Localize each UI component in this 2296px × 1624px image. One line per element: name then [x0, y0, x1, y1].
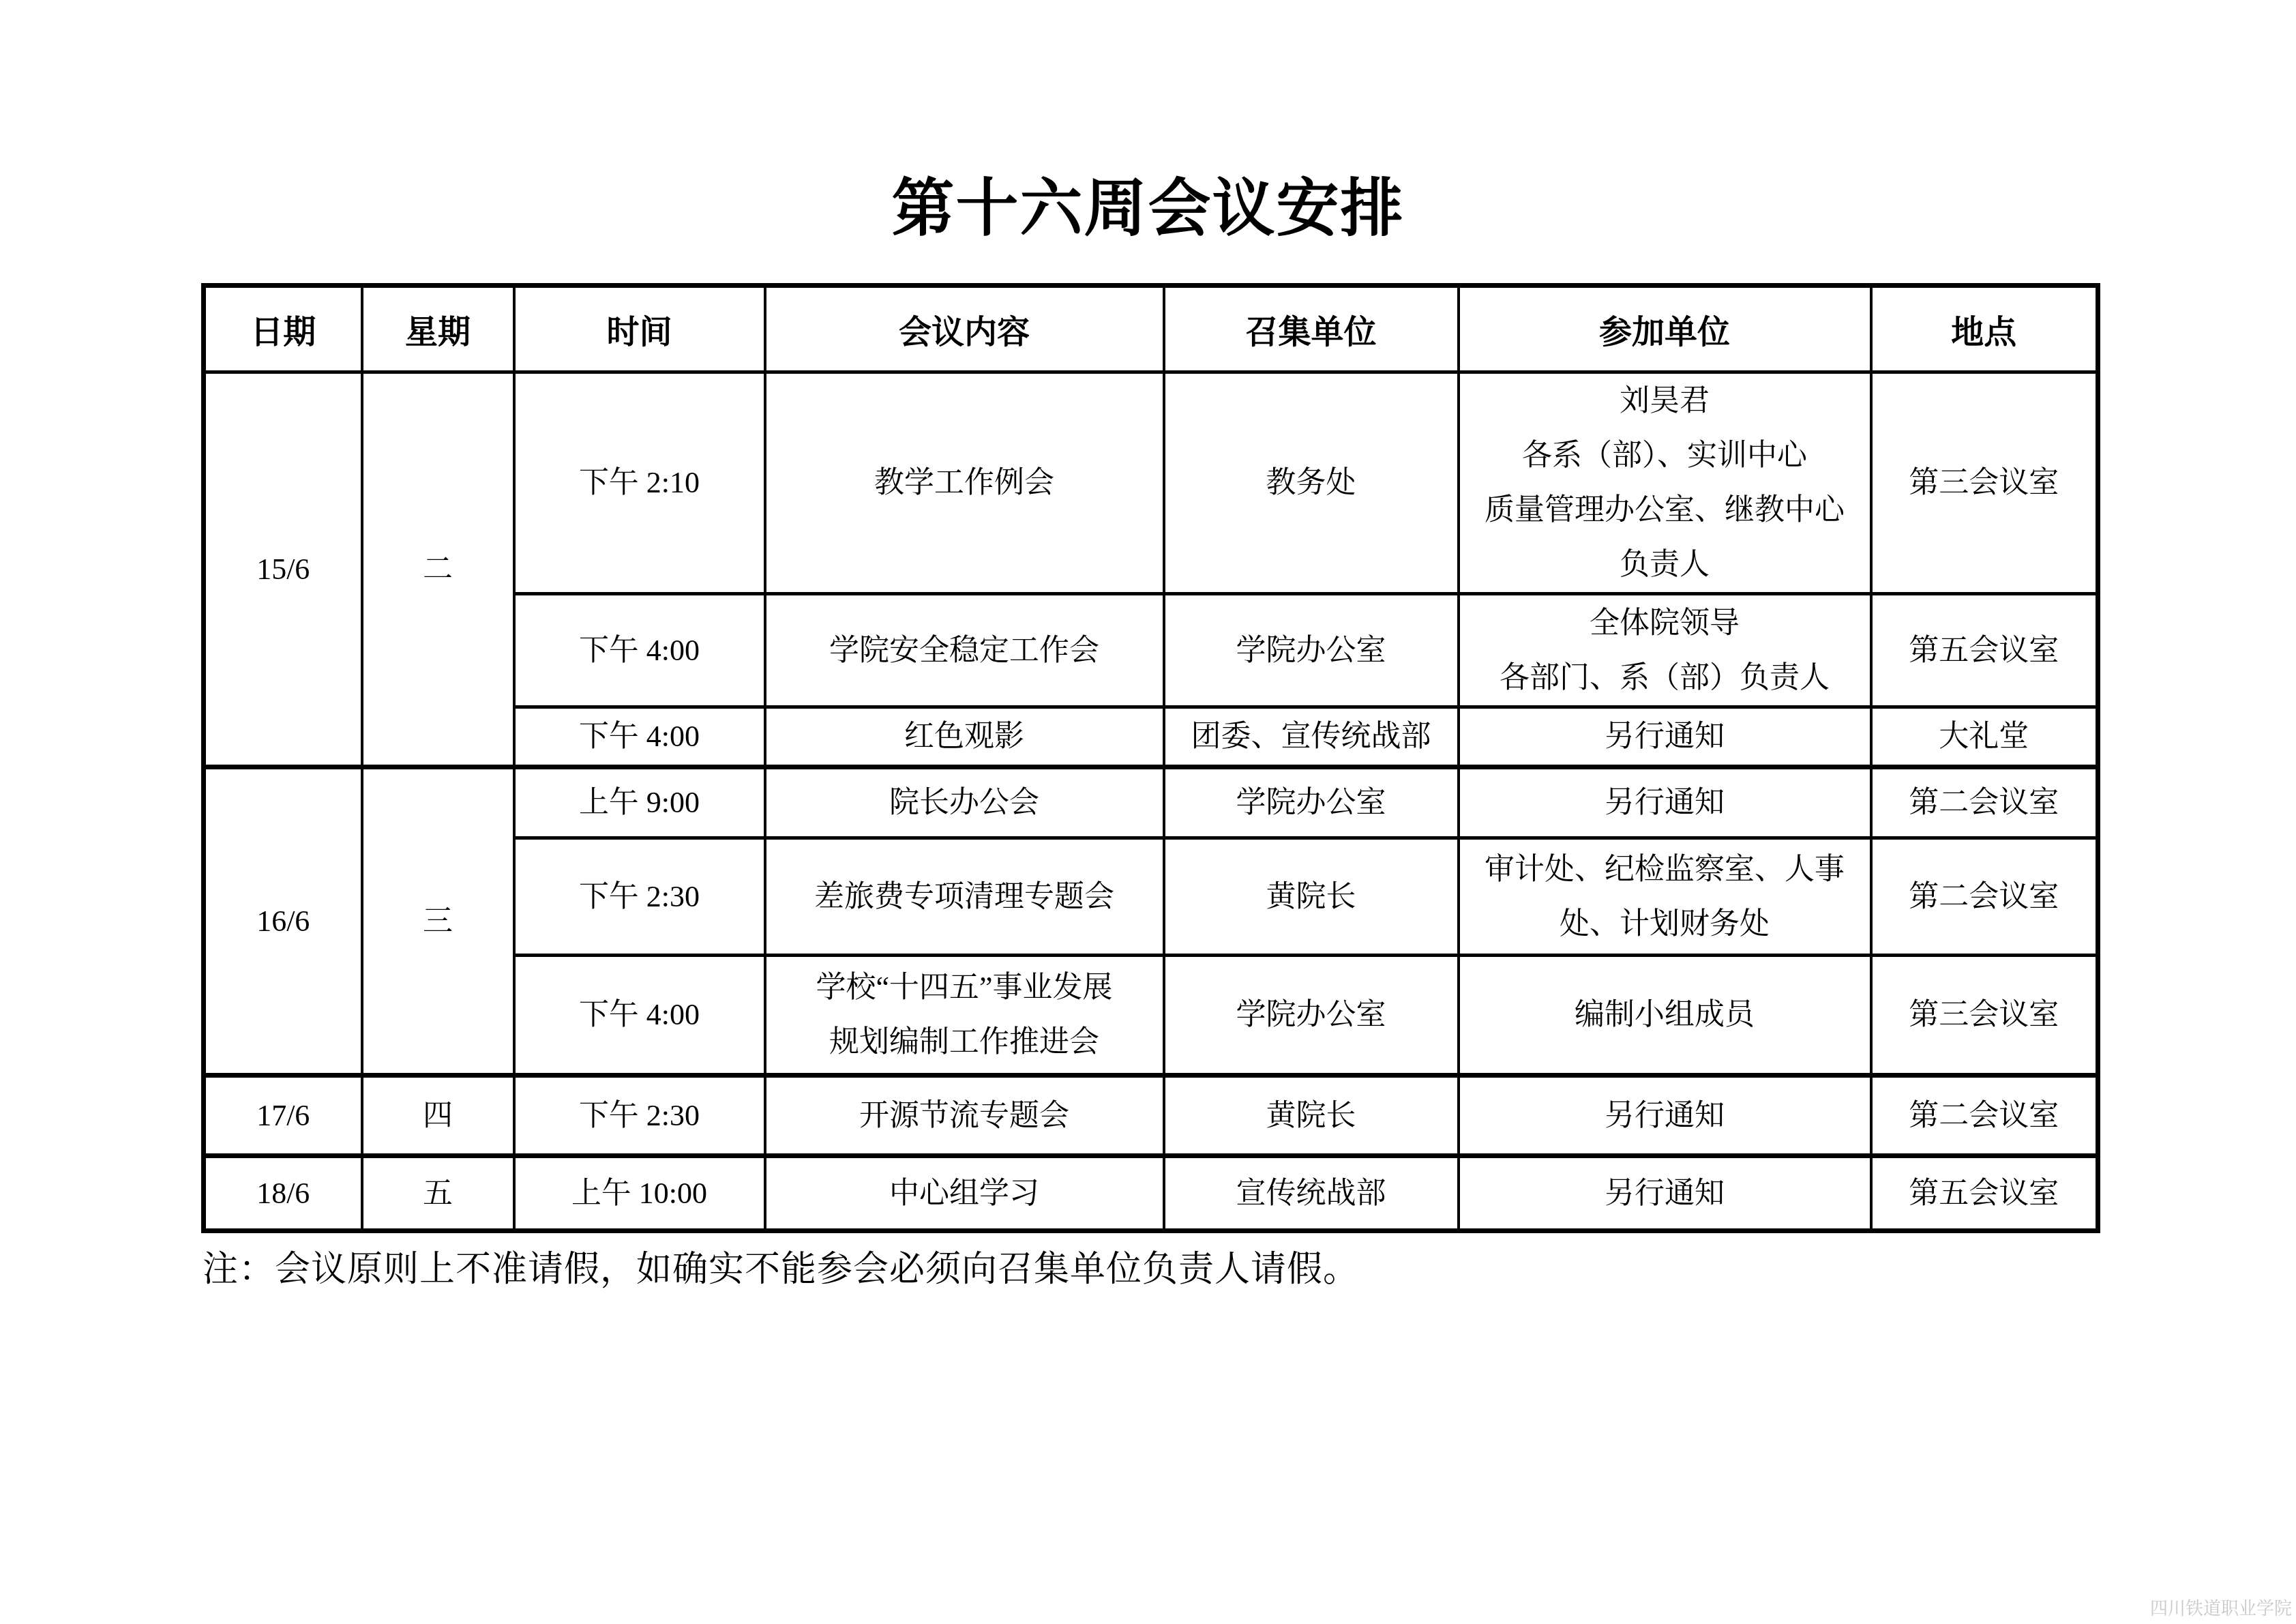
- document-page: 第十六周会议安排 日期 星期 时间 会议内容 召集单位 参加单位 地点 15/6…: [0, 0, 2296, 1624]
- time-cell: 下午 4:00: [514, 956, 765, 1076]
- meeting-content-cell: 教学工作例会: [765, 372, 1164, 594]
- meeting-content-cell: 差旅费专项清理专题会: [765, 838, 1164, 956]
- convener-cell: 黄院长: [1164, 1076, 1459, 1156]
- location-cell: 第三会议室: [1871, 372, 2098, 594]
- convener-cell: 学院办公室: [1164, 594, 1459, 707]
- participants-cell: 另行通知: [1459, 767, 1871, 838]
- location-cell: 大礼堂: [1871, 707, 2098, 767]
- date-cell: 18/6: [204, 1156, 362, 1231]
- meeting-content-cell: 院长办公会: [765, 767, 1164, 838]
- table-row: 17/6 四 下午 2:30 开源节流专题会 黄院长 另行通知 第二会议室: [204, 1076, 2098, 1156]
- date-cell: 15/6: [204, 372, 362, 767]
- header-date: 日期: [204, 286, 362, 372]
- meeting-content-cell: 中心组学习: [765, 1156, 1164, 1231]
- time-cell: 下午 2:30: [514, 1076, 765, 1156]
- weekday-cell: 四: [362, 1076, 514, 1156]
- participants-cell: 另行通知: [1459, 1156, 1871, 1231]
- meeting-content-cell: 学校“十四五”事业发展 规划编制工作推进会: [765, 956, 1164, 1076]
- meeting-schedule-table: 日期 星期 时间 会议内容 召集单位 参加单位 地点 15/6 二 下午 2:1…: [201, 283, 2100, 1233]
- weekday-cell: 二: [362, 372, 514, 767]
- convener-cell: 团委、宣传统战部: [1164, 707, 1459, 767]
- table-row: 15/6 二 下午 2:10 教学工作例会 教务处 刘昊君 各系（部）、实训中心…: [204, 372, 2098, 594]
- weekday-cell: 五: [362, 1156, 514, 1231]
- table-row: 16/6 三 上午 9:00 院长办公会 学院办公室 另行通知 第二会议室: [204, 767, 2098, 838]
- header-row: 日期 星期 时间 会议内容 召集单位 参加单位 地点: [204, 286, 2098, 372]
- time-cell: 上午 10:00: [514, 1156, 765, 1231]
- participants-cell: 刘昊君 各系（部）、实训中心 质量管理办公室、继教中心 负责人: [1459, 372, 1871, 594]
- footnote: 注：会议原则上不准请假，如确实不能参会必须向召集单位负责人请假。: [203, 1240, 1359, 1291]
- header-participants: 参加单位: [1459, 286, 1871, 372]
- time-cell: 下午 4:00: [514, 594, 765, 707]
- time-cell: 上午 9:00: [514, 767, 765, 838]
- watermark: 四川铁道职业学院: [2150, 1595, 2292, 1620]
- date-cell: 17/6: [204, 1076, 362, 1156]
- date-cell: 16/6: [204, 767, 362, 1076]
- convener-cell: 黄院长: [1164, 838, 1459, 956]
- location-cell: 第五会议室: [1871, 594, 2098, 707]
- header-location: 地点: [1871, 286, 2098, 372]
- header-convener: 召集单位: [1164, 286, 1459, 372]
- meeting-content-cell: 红色观影: [765, 707, 1164, 767]
- meeting-content-cell: 开源节流专题会: [765, 1076, 1164, 1156]
- time-cell: 下午 2:30: [514, 838, 765, 956]
- convener-cell: 宣传统战部: [1164, 1156, 1459, 1231]
- location-cell: 第二会议室: [1871, 767, 2098, 838]
- time-cell: 下午 4:00: [514, 707, 765, 767]
- convener-cell: 教务处: [1164, 372, 1459, 594]
- weekday-cell: 三: [362, 767, 514, 1076]
- convener-cell: 学院办公室: [1164, 767, 1459, 838]
- convener-cell: 学院办公室: [1164, 956, 1459, 1076]
- time-cell: 下午 2:10: [514, 372, 765, 594]
- participants-cell: 另行通知: [1459, 1076, 1871, 1156]
- participants-cell: 编制小组成员: [1459, 956, 1871, 1076]
- meeting-content-cell: 学院安全稳定工作会: [765, 594, 1164, 707]
- header-time: 时间: [514, 286, 765, 372]
- document-title: 第十六周会议安排: [0, 158, 2296, 248]
- location-cell: 第五会议室: [1871, 1156, 2098, 1231]
- location-cell: 第二会议室: [1871, 838, 2098, 956]
- location-cell: 第三会议室: [1871, 956, 2098, 1076]
- table-row: 18/6 五 上午 10:00 中心组学习 宣传统战部 另行通知 第五会议室: [204, 1156, 2098, 1231]
- location-cell: 第二会议室: [1871, 1076, 2098, 1156]
- participants-cell: 全体院领导 各部门、系（部）负责人: [1459, 594, 1871, 707]
- participants-cell: 另行通知: [1459, 707, 1871, 767]
- header-meeting-content: 会议内容: [765, 286, 1164, 372]
- header-weekday: 星期: [362, 286, 514, 372]
- participants-cell: 审计处、纪检监察室、人事 处、计划财务处: [1459, 838, 1871, 956]
